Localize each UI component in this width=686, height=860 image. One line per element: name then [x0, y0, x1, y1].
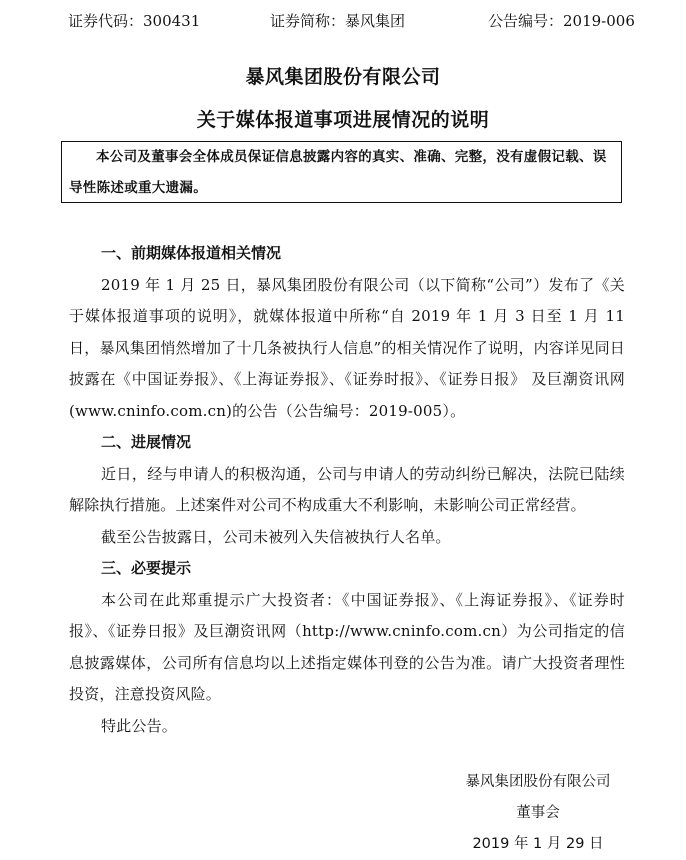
- paragraph: 2019 年 1 月 25 日，暴风集团股份有限公司（以下简称“公司”）发布了《…: [69, 270, 625, 428]
- signature-board: 董事会: [440, 801, 636, 822]
- section-progress: 二、进展情况 近日，经与申请人的积极沟通，公司与申请人的劳动纠纷已解决，法院已陆…: [69, 427, 625, 553]
- section-necessary-notice: 三、必要提示 本公司在此郑重提示广大投资者：《中国证券报》、《上海证券报》、《证…: [69, 553, 625, 742]
- announcement-title: 关于媒体报道事项进展情况的说明: [0, 105, 686, 132]
- section-heading: 二、进展情况: [69, 427, 625, 459]
- signature-date: 2019 年 1 月 29 日: [440, 832, 636, 853]
- stock-abbreviation: 证券简称：暴风集团: [270, 10, 405, 32]
- disclosure-statement-box: 本公司及董事会全体成员保证信息披露内容的真实、准确、完整，没有虚假记载、误导性陈…: [61, 141, 622, 203]
- paragraph: 截至公告披露日，公司未被列入失信被执行人名单。: [69, 522, 625, 554]
- paragraph: 近日，经与申请人的积极沟通，公司与申请人的劳动纠纷已解决，法院已陆续解除执行措施…: [69, 459, 625, 522]
- paragraph: 特此公告。: [69, 711, 625, 743]
- section-prior-reports: 一、前期媒体报道相关情况 2019 年 1 月 25 日，暴风集团股份有限公司（…: [69, 238, 625, 427]
- document-header: 证券代码：300431 证券简称：暴风集团 公告编号：2019-006: [0, 10, 686, 32]
- announcement-number: 公告编号：2019-006: [488, 10, 635, 32]
- disclosure-statement: 本公司及董事会全体成员保证信息披露内容的真实、准确、完整，没有虚假记载、误导性陈…: [69, 149, 607, 196]
- section-heading: 三、必要提示: [69, 553, 625, 585]
- company-title: 暴风集团股份有限公司: [0, 62, 686, 89]
- section-heading: 一、前期媒体报道相关情况: [69, 238, 625, 270]
- stock-code: 证券代码：300431: [68, 10, 200, 32]
- paragraph: 本公司在此郑重提示广大投资者：《中国证券报》、《上海证券报》、《证券时报》、《证…: [69, 585, 625, 711]
- signature-company: 暴风集团股份有限公司: [440, 770, 636, 791]
- document-body: 一、前期媒体报道相关情况 2019 年 1 月 25 日，暴风集团股份有限公司（…: [69, 238, 625, 742]
